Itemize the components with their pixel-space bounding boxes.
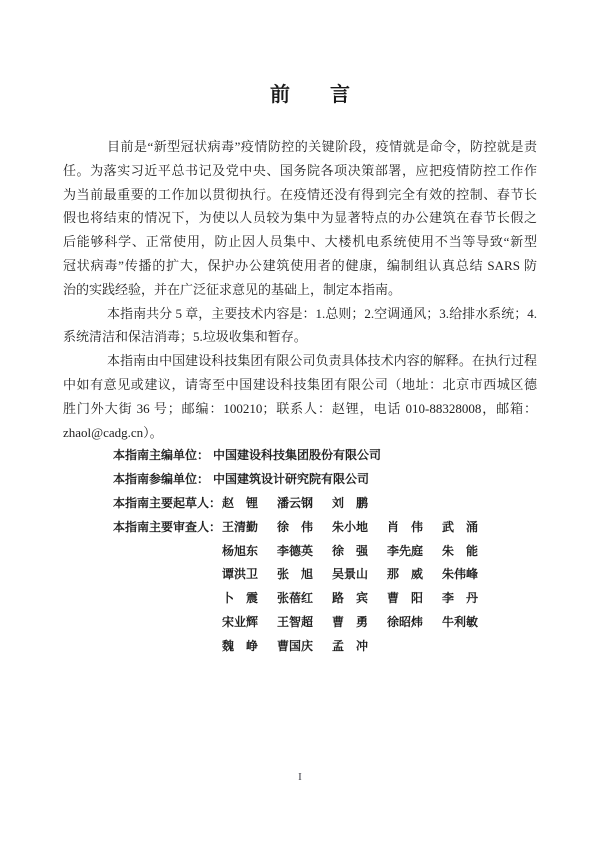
reviewer-name: 朱伟峰 — [442, 563, 497, 587]
document-page: 前 言 目前是“新型冠状病毒”疫情防控的关键阶段，疫情就是命令，防控就是责 任。… — [0, 0, 600, 848]
reviewer-name: 曹国庆 — [277, 635, 332, 659]
reviewers-label: 本指南主要审查人： — [113, 516, 222, 540]
reviewer-name: 徐昭炜 — [387, 611, 442, 635]
body-line: 本指南共分 5 章，主要技术内容是：1.总则；2.空调通风；3.给排水系统；4. — [63, 302, 537, 326]
reviewer-name: 曹 勇 — [332, 611, 387, 635]
preface-content: 目前是“新型冠状病毒”疫情防控的关键阶段，疫情就是命令，防控就是责 任。为落实习… — [63, 135, 537, 659]
reviewer-name: 徐 强 — [332, 540, 387, 564]
label-spacer — [113, 540, 222, 564]
body-line: zhaol@cadg.cn）。 — [63, 421, 537, 445]
reviewer-name: 李 丹 — [442, 587, 497, 611]
body-line: 中如有意见或建议，请寄至中国建设科技集团有限公司（地址：北京市西城区德 — [63, 373, 537, 397]
reviewer-name: 张蓓红 — [277, 587, 332, 611]
label-spacer — [113, 563, 222, 587]
reviewer-name: 张 旭 — [277, 563, 332, 587]
body-line: 胜门外大街 36 号；邮编：100210；联系人：赵锂，电话 010-88328… — [63, 397, 537, 421]
reviewer-name: 李先庭 — [387, 540, 442, 564]
body-line: 目前是“新型冠状病毒”疫情防控的关键阶段，疫情就是命令，防控就是责 — [63, 135, 537, 159]
chief-editor-label: 本指南主编单位： — [113, 444, 213, 468]
body-line: 冠状病毒”传播的扩大，保护办公建筑使用者的健康，编制组认真总结 SARS 防 — [63, 254, 537, 278]
body-line: 假也将结束的情况下，为使以人员较为集中为显著特点的办公建筑在春节长假之 — [63, 206, 537, 230]
body-line: 系统清洁和保洁消毒；5.垃圾收集和暂存。 — [63, 325, 537, 349]
reviewer-name: 肖 伟 — [387, 516, 442, 540]
reviewer-name: 朱小地 — [332, 516, 387, 540]
reviewers-line: 卜 震 张蓓红 路 宾 曹 阳 李 丹 — [63, 587, 537, 611]
drafters-line: 本指南主要起草人： 赵 锂 潘云钢 刘 鹏 — [63, 492, 537, 516]
drafters-label: 本指南主要起草人： — [113, 492, 222, 516]
co-editor-line: 本指南参编单位： 中国建筑设计研究院有限公司 — [63, 468, 537, 492]
reviewer-name: 王清勤 — [222, 516, 277, 540]
label-spacer — [113, 611, 222, 635]
drafter-name: 潘云钢 — [277, 492, 332, 516]
reviewer-name: 魏 峥 — [222, 635, 277, 659]
reviewers-line: 杨旭东 李德英 徐 强 李先庭 朱 能 — [63, 540, 537, 564]
reviewer-name: 徐 伟 — [277, 516, 332, 540]
co-editor-label: 本指南参编单位： — [113, 468, 213, 492]
body-line: 本指南由中国建设科技集团有限公司负责具体技术内容的解释。在执行过程 — [63, 349, 537, 373]
chief-editor-value: 中国建设科技集团股份有限公司 — [213, 444, 381, 468]
body-line: 治的实践经验，并在广泛征求意见的基础上，制定本指南。 — [63, 278, 537, 302]
reviewer-name: 孟 冲 — [332, 635, 387, 659]
reviewers-line: 宋业辉 王智超 曹 勇 徐昭炜 牛利敏 — [63, 611, 537, 635]
co-editor-value: 中国建筑设计研究院有限公司 — [213, 468, 369, 492]
reviewer-name: 路 宾 — [332, 587, 387, 611]
reviewer-name: 牛利敏 — [442, 611, 497, 635]
drafter-name: 刘 鹏 — [332, 492, 387, 516]
reviewer-name: 那 威 — [387, 563, 442, 587]
reviewer-name: 王智超 — [277, 611, 332, 635]
label-spacer — [113, 635, 222, 659]
reviewers-line: 魏 峥 曹国庆 孟 冲 — [63, 635, 537, 659]
chief-editor-line: 本指南主编单位： 中国建设科技集团股份有限公司 — [63, 444, 537, 468]
reviewer-name: 吴景山 — [332, 563, 387, 587]
reviewer-name: 武 涌 — [442, 516, 497, 540]
label-spacer — [113, 587, 222, 611]
preface-title: 前 言 — [0, 84, 600, 106]
reviewer-name: 卜 震 — [222, 587, 277, 611]
reviewer-name: 杨旭东 — [222, 540, 277, 564]
reviewer-name: 曹 阳 — [387, 587, 442, 611]
reviewer-name: 宋业辉 — [222, 611, 277, 635]
body-line: 任。为落实习近平总书记及党中央、国务院各项决策部署，应把疫情防控工作作 — [63, 159, 537, 183]
reviewers-line: 本指南主要审查人： 王清勤 徐 伟 朱小地 肖 伟 武 涌 — [63, 516, 537, 540]
body-line: 为当前最重要的工作加以贯彻执行。在疫情还没有得到完全有效的控制、春节长 — [63, 183, 537, 207]
reviewers-line: 谭洪卫 张 旭 吴景山 那 威 朱伟峰 — [63, 563, 537, 587]
reviewer-name: 朱 能 — [442, 540, 497, 564]
reviewer-name: 李德英 — [277, 540, 332, 564]
body-line: 后能够科学、正常使用，防止因人员集中、大楼机电系统使用不当等导致“新型 — [63, 230, 537, 254]
page-number: I — [0, 770, 600, 784]
reviewer-name: 谭洪卫 — [222, 563, 277, 587]
drafter-name: 赵 锂 — [222, 492, 277, 516]
